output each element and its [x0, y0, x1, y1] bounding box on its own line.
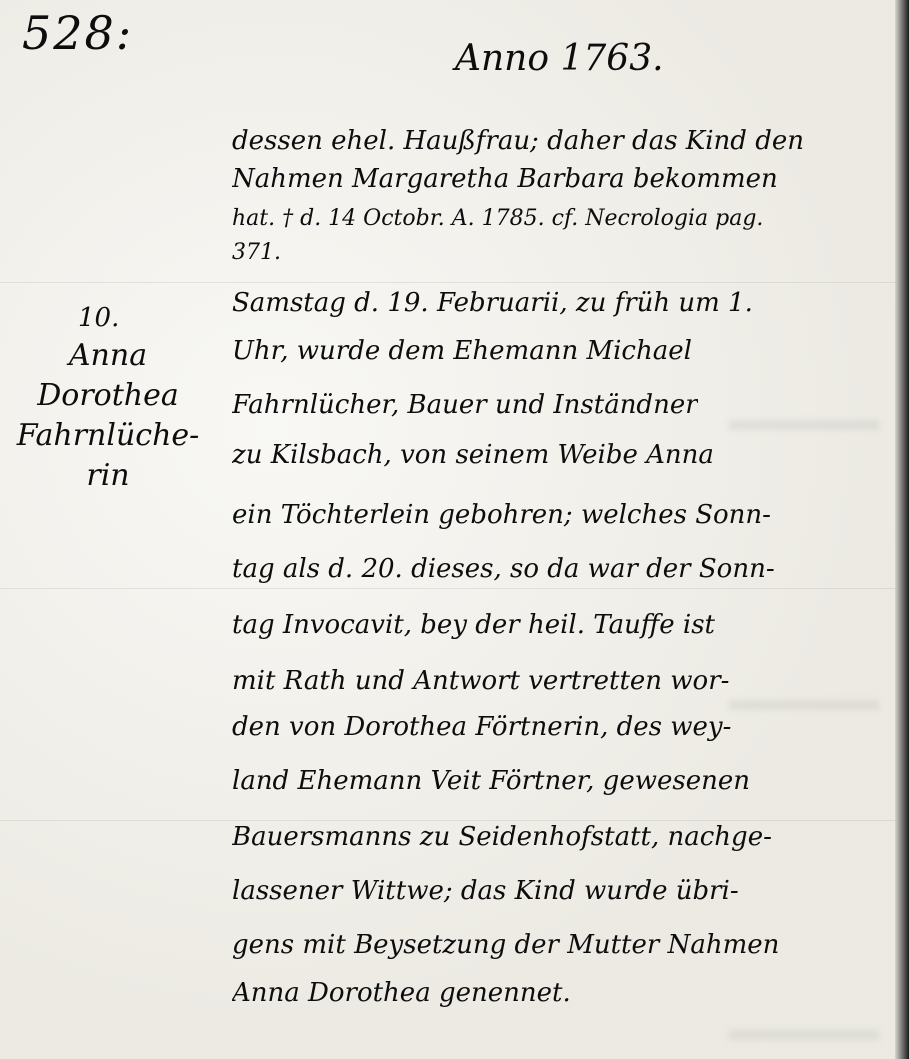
margin-name-line: Fahrnlüche- [8, 416, 208, 456]
continuation-line: Nahmen Margaretha Barbara bekommen [232, 164, 778, 194]
continuation-line: dessen ehel. Haußfrau; daher das Kind de… [232, 126, 804, 156]
entry-line: Fahrnlücher, Bauer und Inständner [232, 390, 698, 420]
entry-line: tag Invocavit, bey der heil. Tauffe ist [232, 610, 715, 640]
margin-note: 10. Anna Dorothea Fahrnlüche- rin [8, 300, 208, 496]
entry-line: mit Rath und Antwort vertretten wor- [232, 666, 729, 696]
entry-line: Anna Dorothea genennet. [232, 978, 571, 1008]
continuation-line: hat. † d. 14 Octobr. A. 1785. cf. Necrol… [232, 206, 763, 231]
entry-line: lassener Wittwe; das Kind wurde übri- [232, 876, 739, 906]
entry-line: Bauersmanns zu Seidenhofstatt, nachge- [232, 822, 772, 852]
margin-name-line: Dorothea [8, 376, 208, 416]
entry-line: ein Töchterlein gebohren; welches Sonn- [232, 500, 771, 530]
continuation-line: 371. [232, 240, 281, 265]
entry-line: Samstag d. 19. Februarii, zu früh um 1. [232, 288, 753, 318]
entry-line: Uhr, wurde dem Ehemann Michael [232, 336, 692, 366]
margin-name-line: Anna [8, 336, 208, 376]
entry-line: zu Kilsbach, von seinem Weibe Anna [232, 440, 714, 470]
ink-bleed-through [729, 420, 879, 430]
ink-bleed-through [729, 1030, 879, 1040]
entry-line: gens mit Beysetzung der Mutter Nahmen [232, 930, 779, 960]
paper-fold-line [0, 820, 895, 821]
year-header: Anno 1763. [455, 38, 664, 79]
manuscript-page: 528: Anno 1763. 10. Anna Dorothea Fahrnl… [0, 0, 909, 1059]
entry-number: 10. [8, 300, 208, 336]
entry-line: den von Dorothea Förtnerin, des wey- [232, 712, 731, 742]
margin-name-line: rin [8, 456, 208, 496]
page-number: 528: [22, 6, 133, 60]
ink-bleed-through [729, 700, 879, 710]
paper-fold-line [0, 588, 895, 589]
entry-line: land Ehemann Veit Förtner, gewesenen [232, 766, 750, 796]
paper-fold-line [0, 282, 895, 283]
page-edge-shadow [895, 0, 909, 1059]
entry-line: tag als d. 20. dieses, so da war der Son… [232, 554, 775, 584]
